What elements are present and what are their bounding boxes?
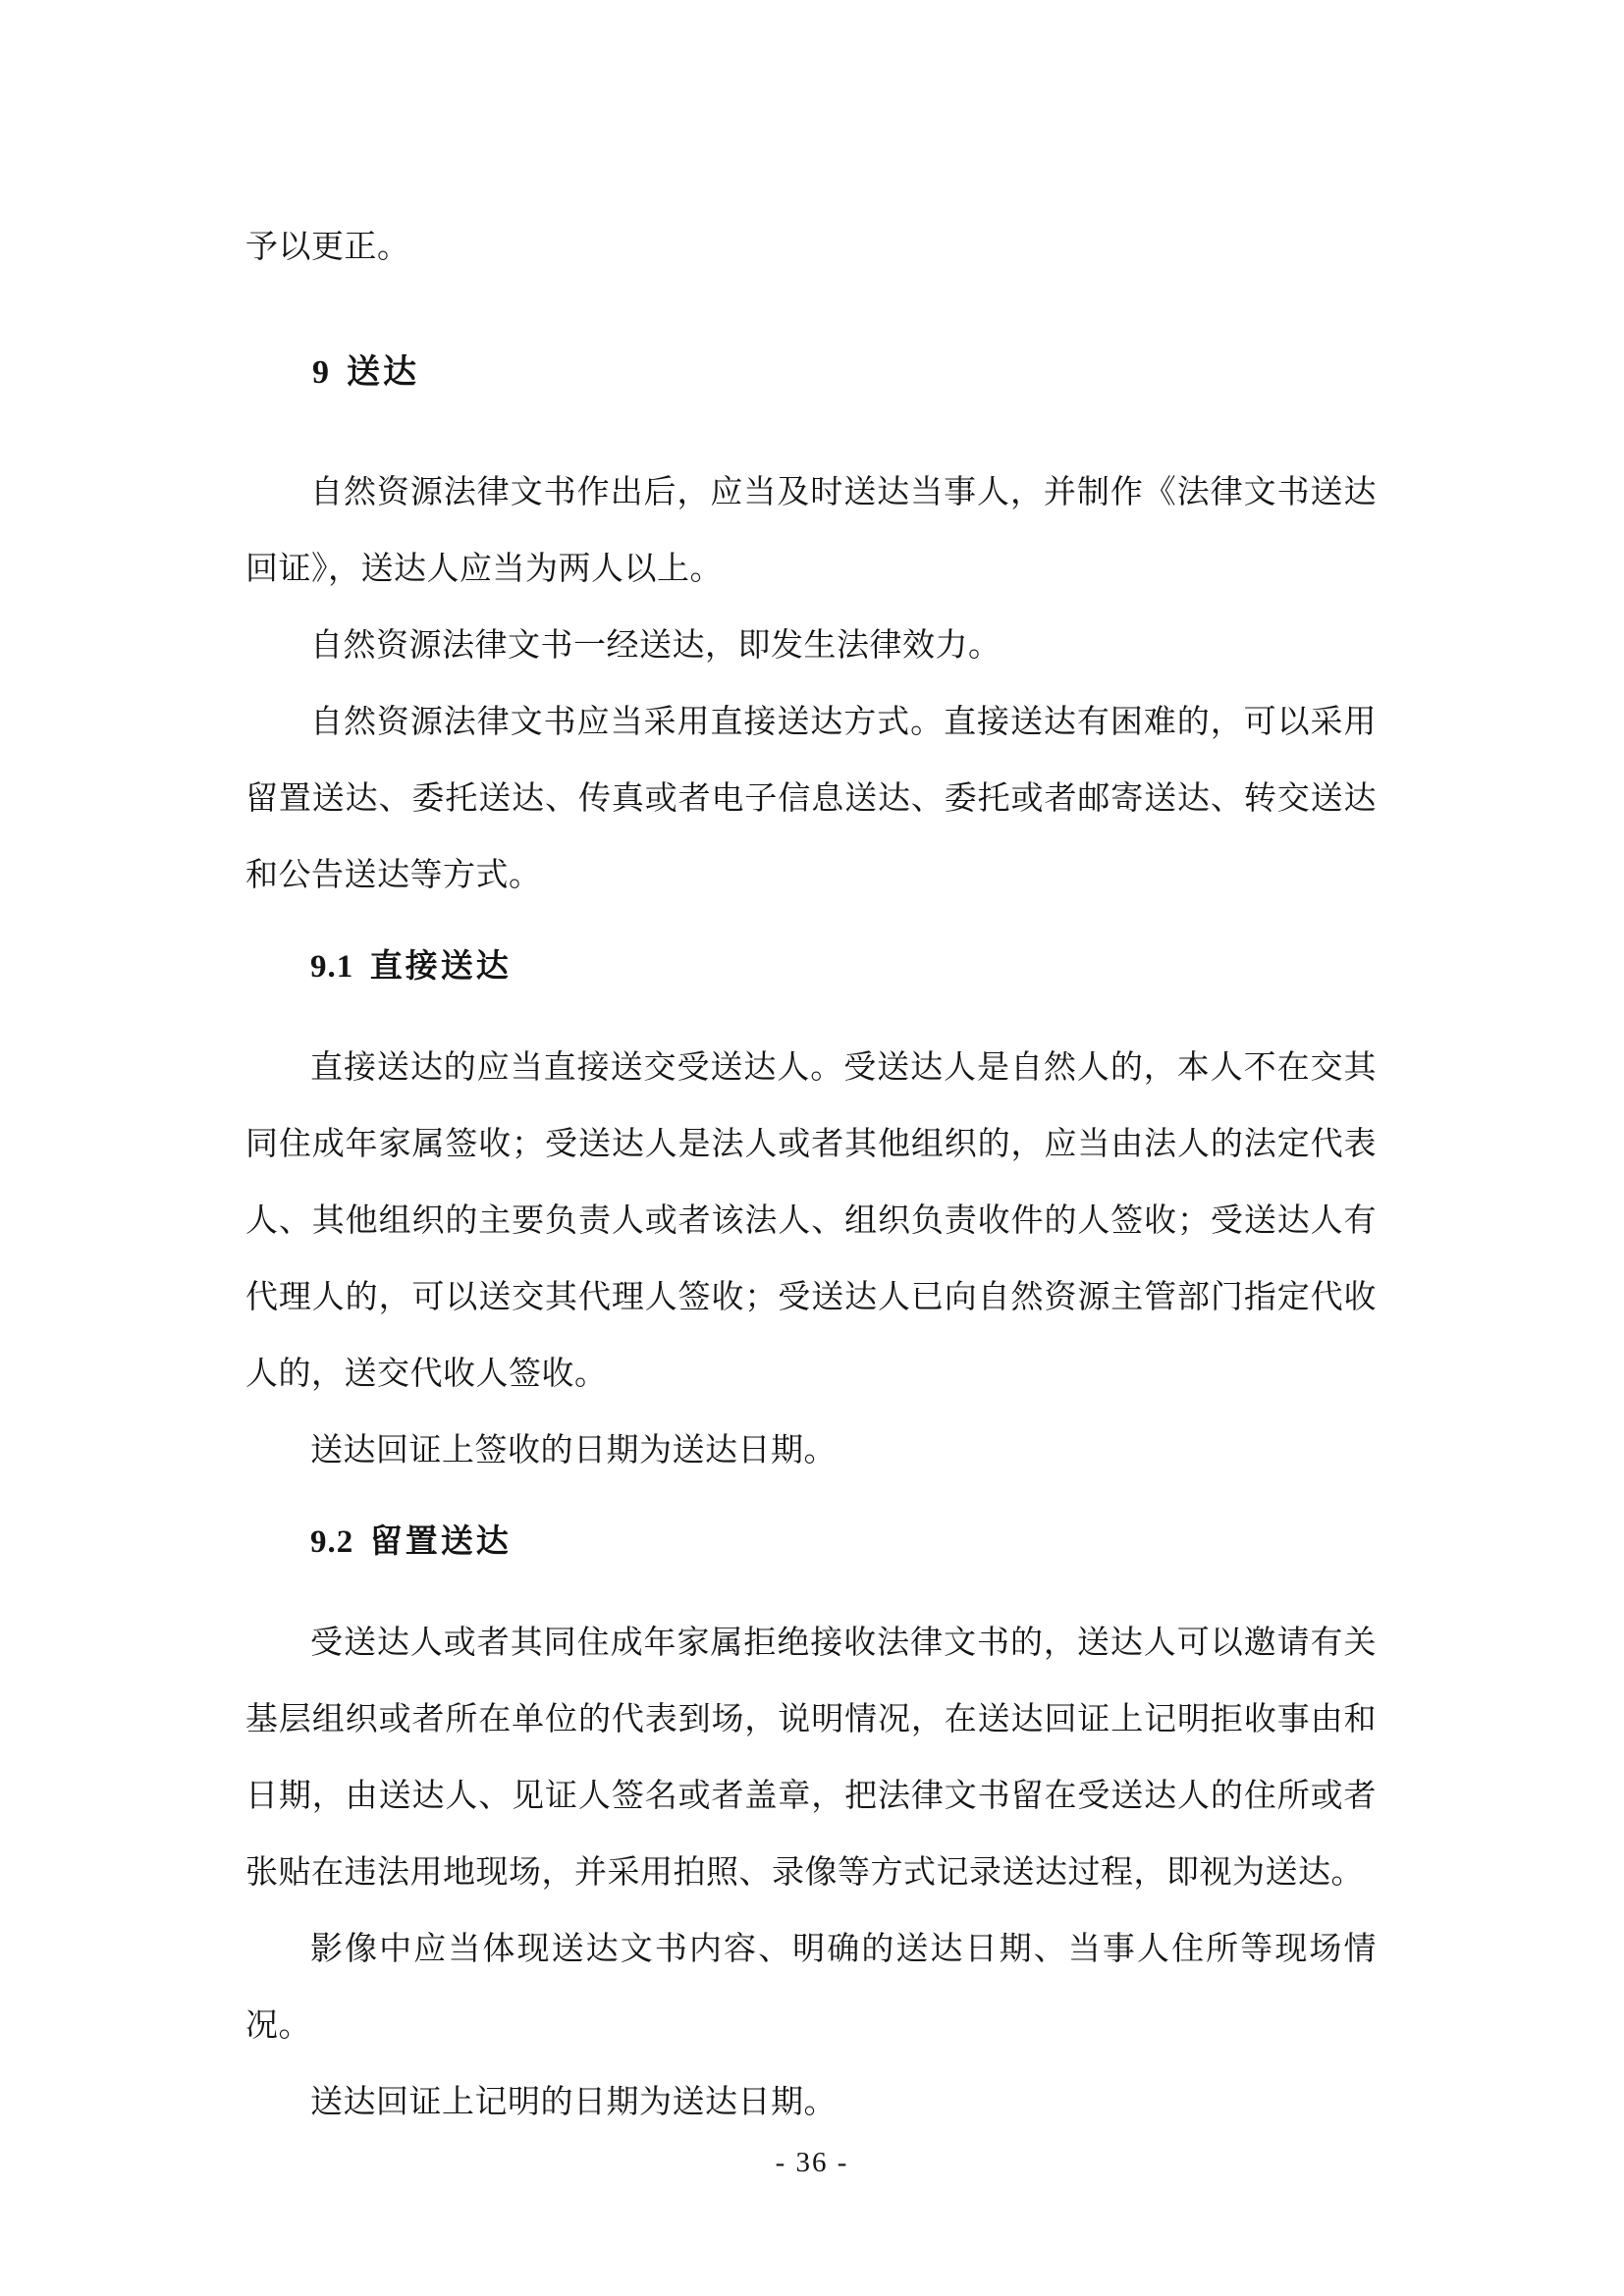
paragraph: 受送达人或者其同住成年家属拒绝接收法律文书的，送达人可以邀请有关基层组织或者所在… xyxy=(245,1605,1377,1911)
paragraph: 影像中应当体现送达文书内容、明确的送达日期、当事人住所等现场情况。 xyxy=(245,1911,1377,2064)
section-title: 送达 xyxy=(347,354,419,391)
section-title: 留置送达 xyxy=(370,1524,512,1560)
paragraph: 自然资源法律文书一经送达，即发生法律效力。 xyxy=(245,608,1377,684)
page-number: - 36 - xyxy=(0,2145,1624,2180)
paragraph: 自然资源法律文书作出后，应当及时送达当事人，并制作《法律文书送达回证》，送达人应… xyxy=(245,454,1377,608)
section-number: 9.2 xyxy=(310,1524,353,1560)
section-heading-9.2: 9.2留置送达 xyxy=(245,1504,1377,1580)
section-heading-9.1: 9.1直接送达 xyxy=(245,929,1377,1005)
paragraph: 送达回证上记明的日期为送达日期。 xyxy=(245,2064,1377,2141)
section-heading-9: 9送达 xyxy=(245,335,1377,411)
section-title: 直接送达 xyxy=(370,949,512,985)
continuation-line: 予以更正。 xyxy=(245,209,1377,286)
section-number: 9.1 xyxy=(310,949,353,985)
document-body: 予以更正。9送达自然资源法律文书作出后，应当及时送达当事人，并制作《法律文书送达… xyxy=(245,209,1377,2141)
paragraph: 自然资源法律文书应当采用直接送达方式。直接送达有困难的，可以采用留置送达、委托送… xyxy=(245,684,1377,914)
section-number: 9 xyxy=(312,354,330,391)
paragraph: 送达回证上签收的日期为送达日期。 xyxy=(245,1413,1377,1489)
document-page: 予以更正。9送达自然资源法律文书作出后，应当及时送达当事人，并制作《法律文书送达… xyxy=(0,0,1624,2296)
paragraph: 直接送达的应当直接送交受送达人。受送达人是自然人的，本人不在交其同住成年家属签收… xyxy=(245,1030,1377,1413)
